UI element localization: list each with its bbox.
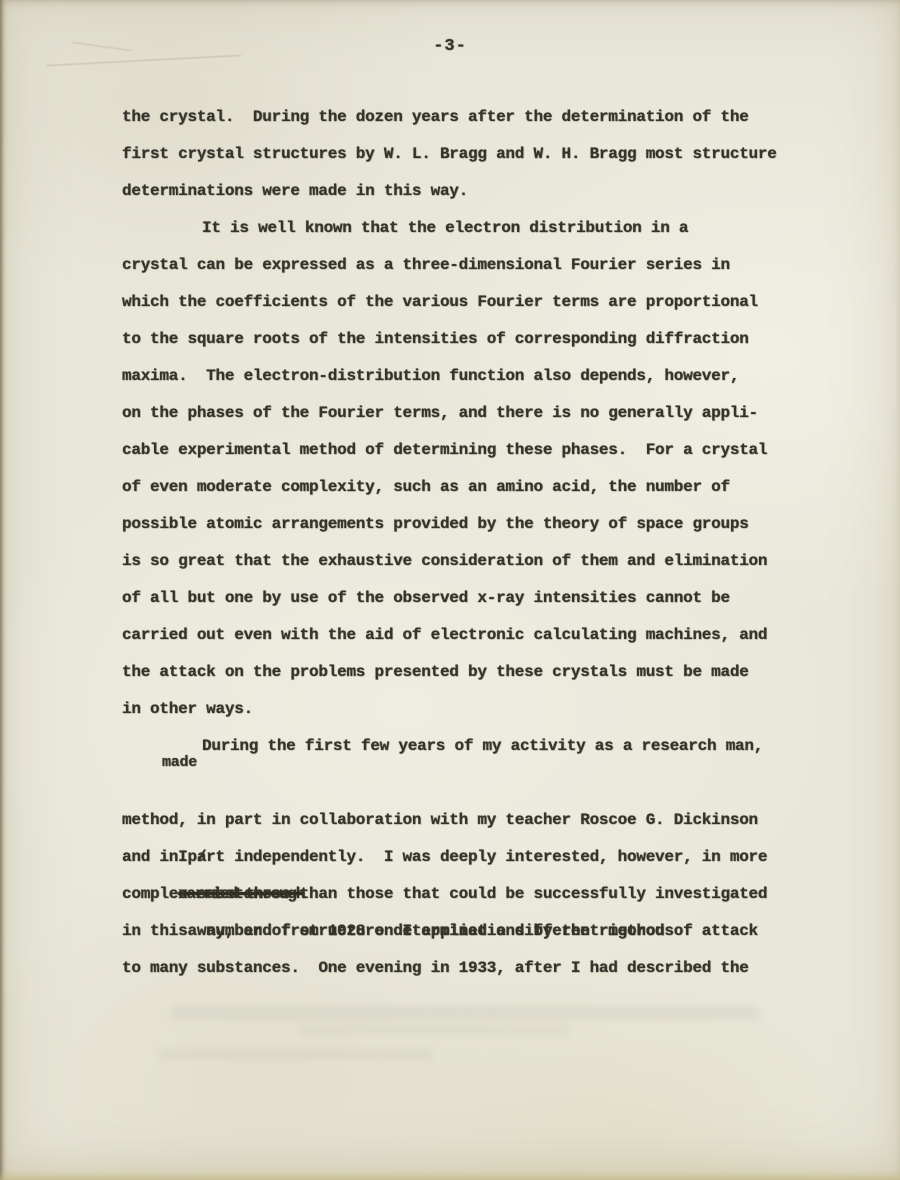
text-line: It is well known that the electron distr… [122, 210, 832, 247]
text-line: crystal can be expressed as a three-dime… [122, 247, 832, 284]
text-line: determinations were made in this way. [122, 173, 832, 210]
text-line: on the phases of the Fourier terms, and … [122, 395, 832, 432]
text-line: of all but one by use of the observed x-… [122, 580, 832, 617]
text-line-with-correction: made I / carried through a number of str… [122, 765, 832, 802]
page-number: -3- [0, 37, 900, 56]
scanned-manuscript-page: -3- the crystal. During the dozen years … [0, 0, 900, 1180]
text-line: the attack on the problems presented by … [122, 654, 832, 691]
paper-crease [46, 55, 241, 66]
text-line: in this way, and from 1928 on I applied … [122, 913, 832, 950]
text-line: the crystal. During the dozen years afte… [122, 99, 832, 136]
bleed-through-smudge [300, 1024, 570, 1035]
typed-text-block: the crystal. During the dozen years afte… [122, 99, 832, 987]
scan-bottom-edge [0, 1170, 900, 1180]
text-line: carried out even with the aid of electro… [122, 617, 832, 654]
text-line: During the first few years of my activit… [122, 728, 832, 765]
text-line: possible atomic arrangements provided by… [122, 506, 832, 543]
bleed-through-smudge [158, 1048, 433, 1060]
scan-left-edge [0, 0, 5, 1180]
text-line: first crystal structures by W. L. Bragg … [122, 136, 832, 173]
text-line: which the coefficients of the various Fo… [122, 284, 832, 321]
bleed-through-smudge [170, 1006, 760, 1020]
text-line: and in part independently. I was deeply … [122, 839, 832, 876]
text-line: to many substances. One evening in 1933,… [122, 950, 832, 987]
text-line: to the square roots of the intensities o… [122, 321, 832, 358]
text-line: in other ways. [122, 691, 832, 728]
text-line: of even moderate complexity, such as an … [122, 469, 832, 506]
text-line: complex substances than those that could… [122, 876, 832, 913]
inserted-word: made [162, 755, 197, 770]
text-line: method, in part in collaboration with my… [122, 802, 832, 839]
text-line: is so great that the exhaustive consider… [122, 543, 832, 580]
text-line: cable experimental method of determining… [122, 432, 832, 469]
text-line: maxima. The electron-distribution functi… [122, 358, 832, 395]
